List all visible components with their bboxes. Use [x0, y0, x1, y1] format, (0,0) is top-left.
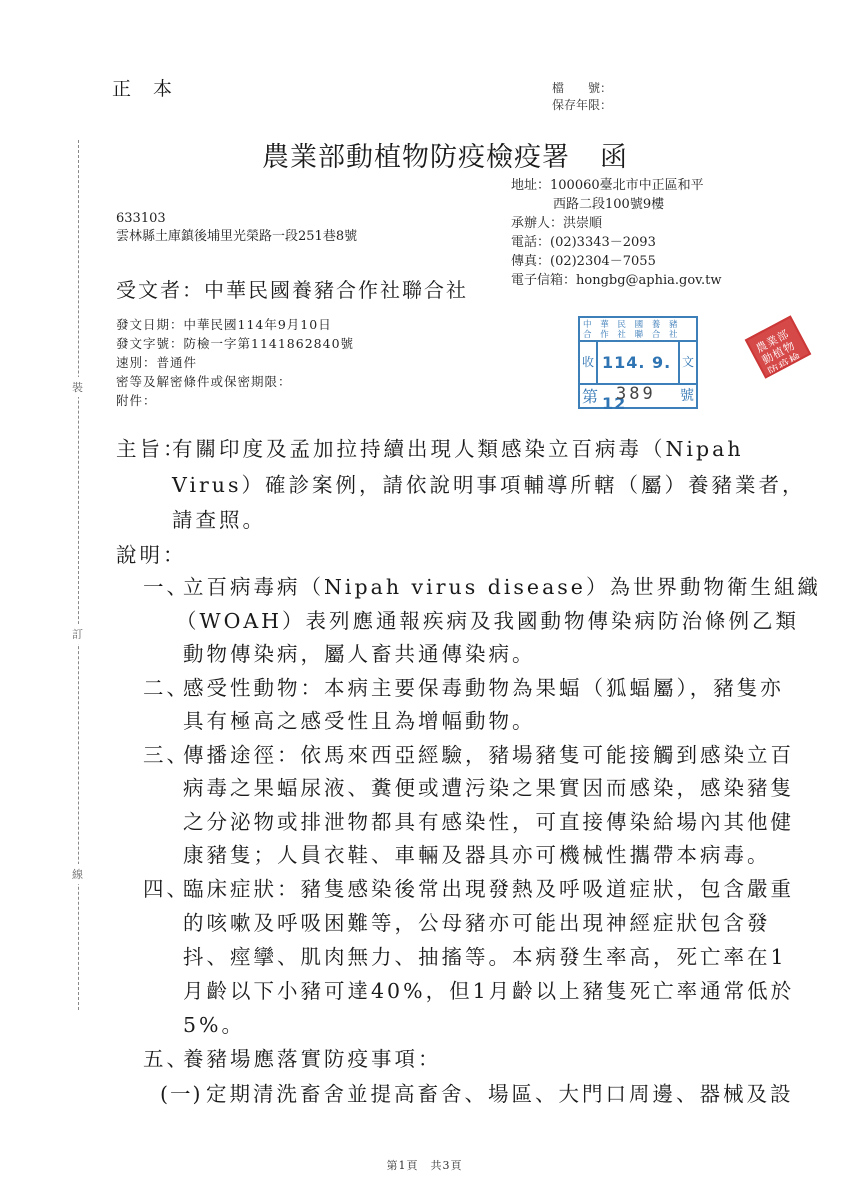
classification: 密等及解密條件或保密期限：: [116, 372, 354, 391]
stamp-prefix: 第: [582, 384, 598, 407]
item-3-line-3: 之分泌物或排泄物都具有感染性，可直接傳染給場內其他健: [183, 805, 794, 835]
sender-phone: 電話：(02)3343－2093: [511, 233, 721, 252]
recipient-postal-code: 633103: [116, 210, 357, 228]
agency-name: 農業部動植物防疫檢疫署: [262, 142, 570, 173]
item-3-line-2: 病毒之果蝠尿液、糞便或遭污染之果實因而感染，感染豬隻: [183, 771, 794, 801]
sender-address-line1: 地址：100060臺北市中正區和平: [511, 176, 721, 195]
item-1-line-3: 動物傳染病，屬人畜共通傳染病。: [183, 637, 536, 667]
subject-line-1: 有關印度及孟加拉持續出現人類感染立百病毒（Nipah: [172, 432, 744, 462]
stamp-org-line1: 中 華 民 國 養 豬: [583, 320, 693, 330]
item-2-line-2: 具有極高之感受性且為增幅動物。: [183, 704, 536, 734]
item-4-line-5: 5%。: [183, 1008, 245, 1038]
stamp-org-line2: 合 作 社 聯 合 社: [583, 330, 693, 340]
priority: 速別：普通件: [116, 353, 354, 372]
stamp-suffix: 號: [680, 385, 694, 405]
attachments: 附件：: [116, 391, 354, 410]
sender-contact: 承辦人：洪崇順: [511, 214, 721, 233]
item-4-line-2: 的咳嗽及呼吸困難等，公母豬亦可能出現神經症狀包含發: [183, 906, 771, 936]
recipient: 受文者：中華民國養豬合作社聯合社: [116, 274, 468, 303]
item-5-line-1: 養豬場應落實防疫事項：: [183, 1042, 442, 1072]
stamp-number-row: 第 389 號: [580, 383, 696, 407]
sender-info: 地址：100060臺北市中正區和平 西路二段100號9樓 承辦人：洪崇順 電話：…: [511, 176, 721, 290]
binding-mark-xian: 線: [72, 864, 83, 884]
file-number-label: 檔 號：: [552, 80, 612, 97]
stamp-org-name: 中 華 民 國 養 豬 合 作 社 聯 合 社: [580, 318, 696, 342]
item-3-line-1: 傳播途徑：依馬來西亞經驗，豬場豬隻可能接觸到感染立百: [183, 738, 794, 768]
retention-label: 保存年限：: [552, 97, 612, 114]
official-seal: 農業部動植物防疫檢疫署: [745, 315, 812, 378]
sender-fax: 傳真：(02)2304－7055: [511, 252, 721, 271]
subitem-1-number: (一): [160, 1077, 203, 1107]
received-stamp: 中 華 民 國 養 豬 合 作 社 聯 合 社 收 114. 9. 12 文 第…: [578, 316, 698, 409]
file-meta: 檔 號： 保存年限：: [552, 80, 612, 114]
stamp-date-row: 收 114. 9. 12 文: [580, 342, 696, 385]
explanation-label: 說明：: [116, 538, 187, 568]
doc-kind: 函: [600, 142, 628, 173]
page-indicator: 第1頁 共3頁: [0, 1157, 849, 1173]
item-1-line-2: （WOAH）表列應通報疾病及我國動物傳染病防治條例乙類: [176, 604, 799, 634]
subject-line-2: Virus）確診案例，請依說明事項輔導所轄（屬）養豬業者，: [172, 468, 806, 498]
subitem-1-text: 定期清洗畜舍並提高畜舍、場區、大門口周邊、器械及設: [206, 1077, 794, 1107]
binding-mark-ding: 訂: [72, 624, 83, 644]
item-4-line-1: 臨床症狀：豬隻感染後常出現發熱及呼吸道症狀，包含嚴重: [183, 872, 794, 902]
item-4-line-4: 月齡以下小豬可達40%，但1月齡以上豬隻死亡率通常低於: [183, 974, 794, 1004]
subject-line-3: 請查照。: [172, 503, 266, 533]
document-title: 農業部動植物防疫檢疫署函: [262, 135, 628, 174]
document-meta: 發文日期：中華民國114年9月10日 發文字號：防檢一字第1141862840號…: [116, 315, 354, 410]
recipient-street-address: 雲林縣土庫鎮後埔里光榮路一段251巷8號: [116, 228, 357, 246]
recipient-address: 633103 雲林縣土庫鎮後埔里光榮路一段251巷8號: [116, 210, 357, 246]
item-1-line-1: 立百病毒病（Nipah virus disease）為世界動物衛生組織: [183, 570, 821, 600]
document-number: 發文字號：防檢一字第1141862840號: [116, 334, 354, 353]
item-2-line-1: 感受性動物：本病主要保毒動物為果蝠（狐蝠屬），豬隻亦: [183, 671, 784, 701]
issue-date: 發文日期：中華民國114年9月10日: [116, 315, 354, 334]
binding-mark-zhuang: 裝: [72, 377, 83, 397]
copy-type-label: 正本: [112, 74, 194, 101]
sender-address-line2: 西路二段100號9樓: [511, 195, 721, 214]
sender-email[interactable]: 電子信箱：hongbg@aphia.gov.tw: [511, 271, 721, 290]
item-3-line-4: 康豬隻；人員衣鞋、車輛及器具亦可機械性攜帶本病毒。: [183, 838, 771, 868]
stamp-left-char: 收: [580, 342, 598, 383]
stamp-number: 389: [616, 384, 656, 404]
item-4-line-3: 抖、痙攣、肌肉無力、抽搐等。本病發生率高，死亡率在1: [183, 940, 787, 970]
stamp-right-char: 文: [678, 342, 696, 383]
